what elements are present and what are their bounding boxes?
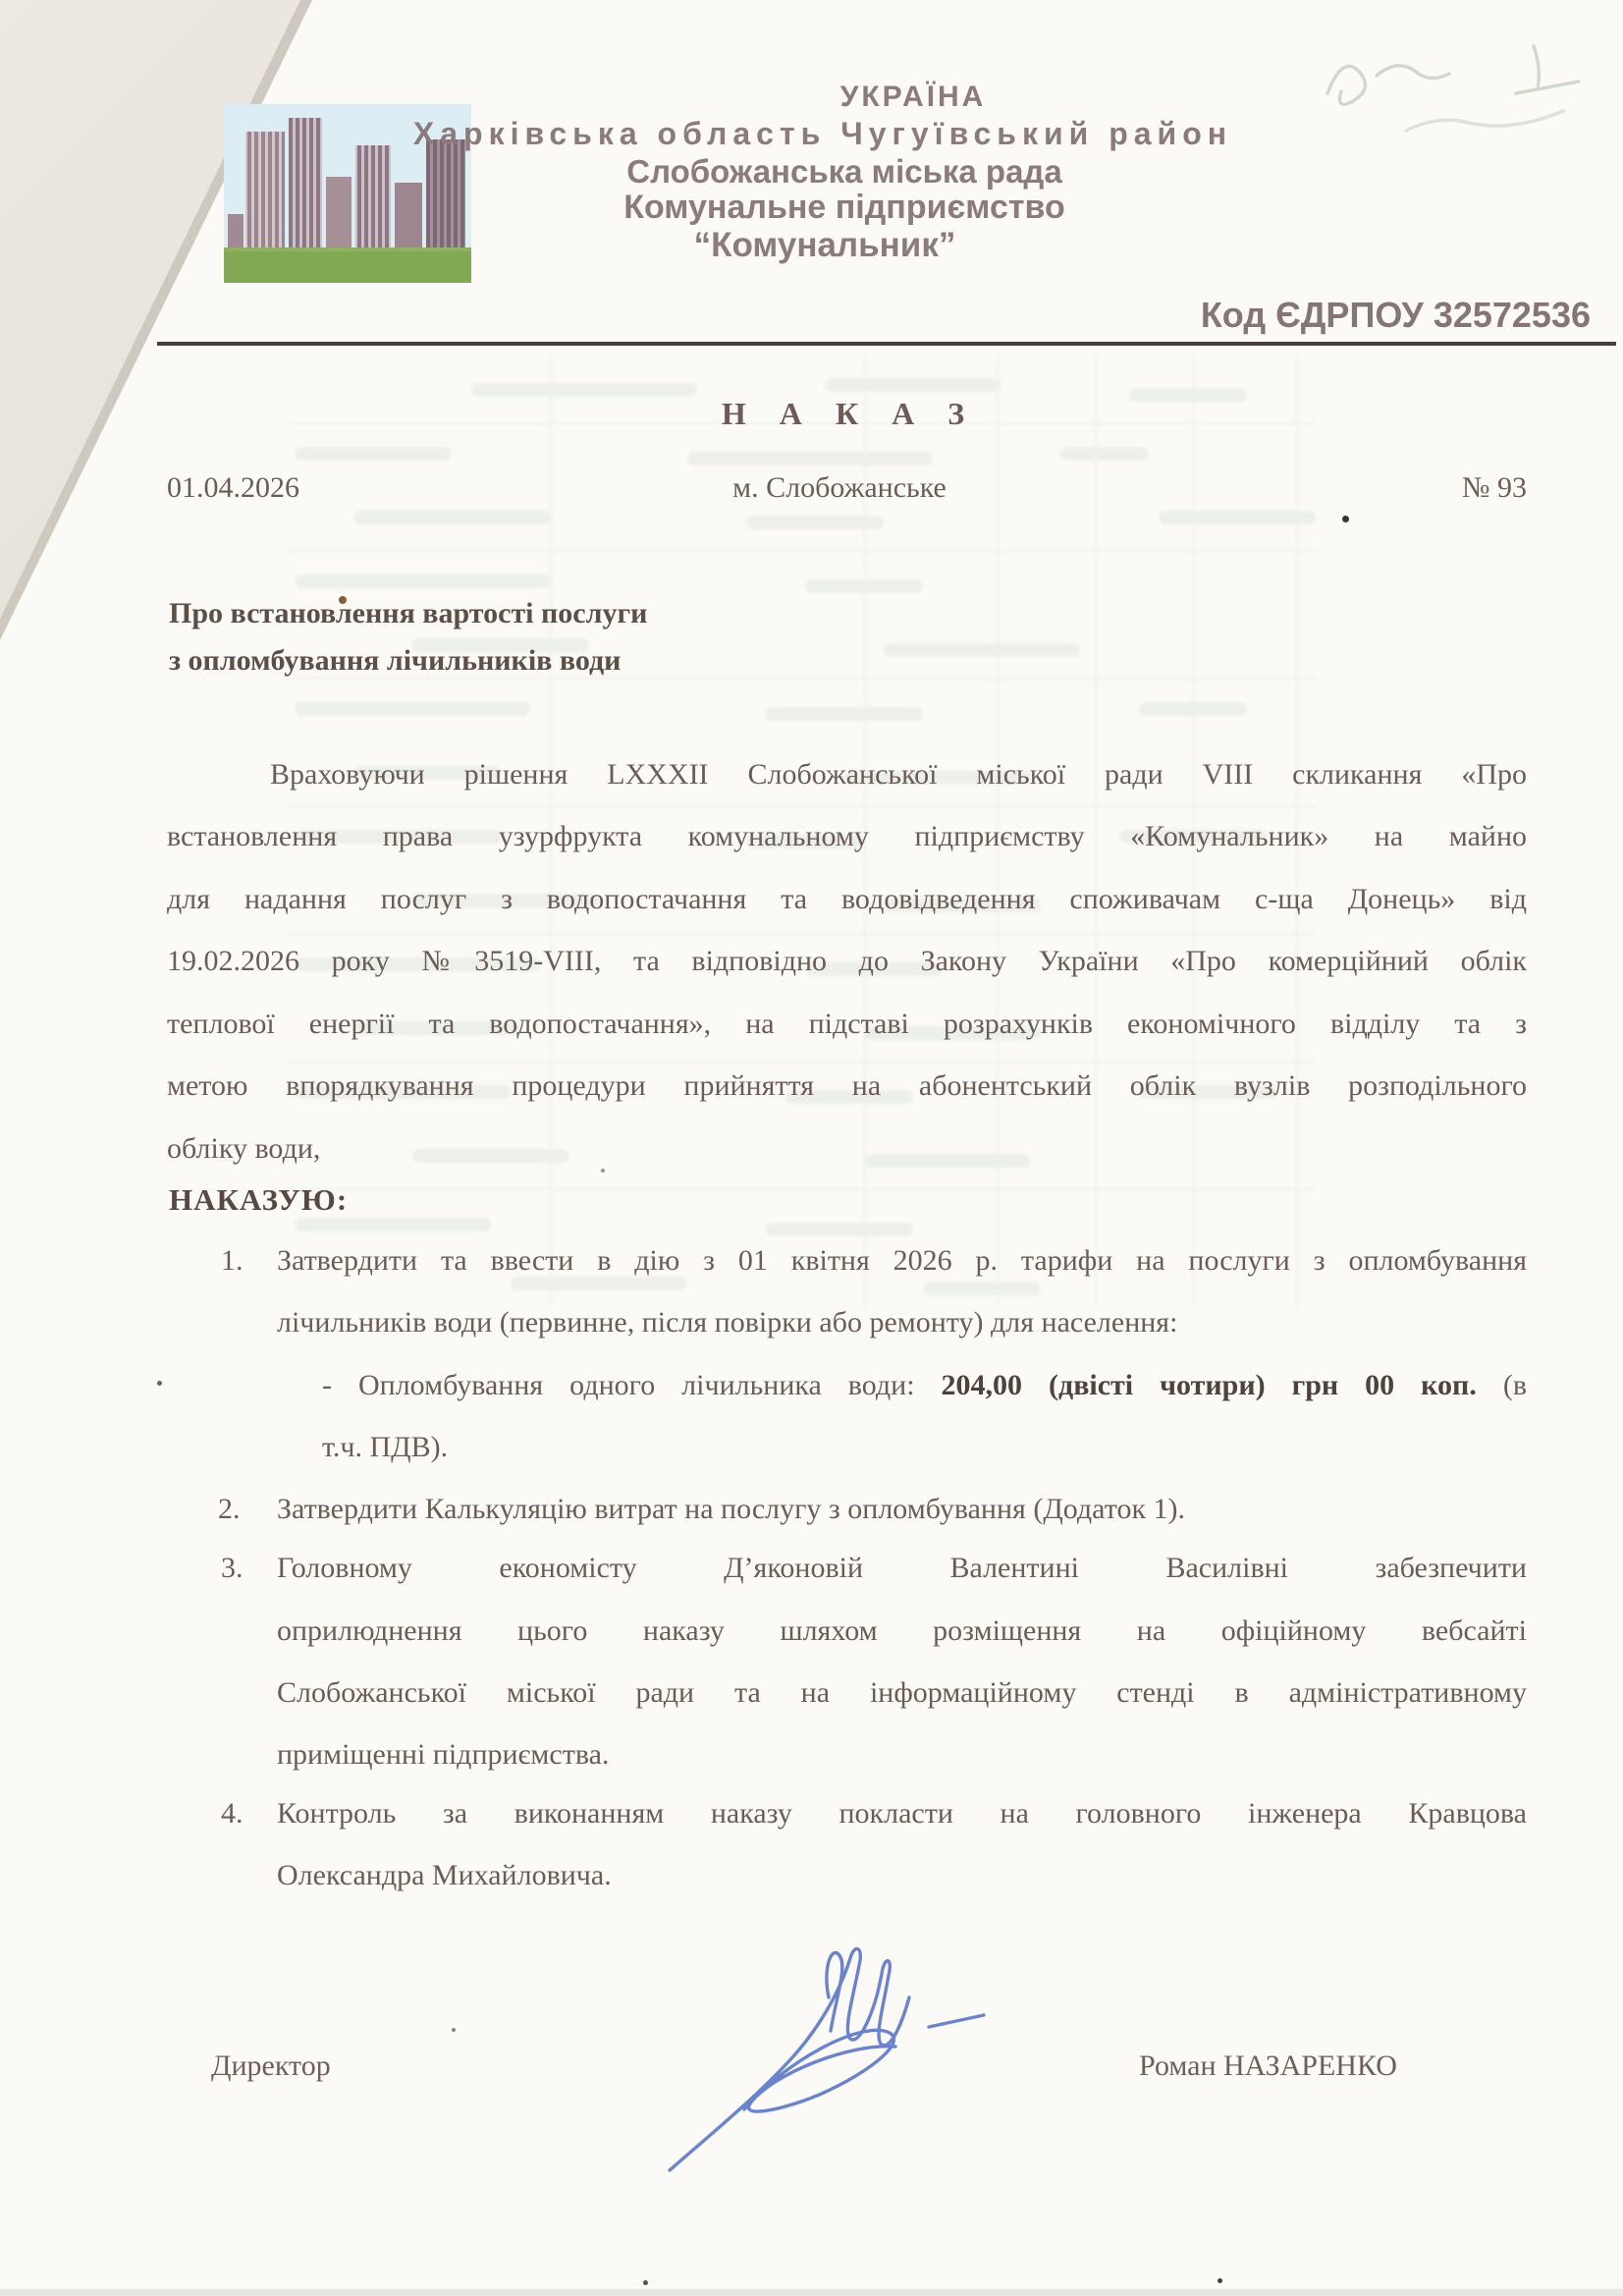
item-3-number: 3. (221, 1550, 243, 1587)
country-name: УКРАЇНА (717, 81, 1109, 114)
bleedthrough-smudge (746, 516, 884, 529)
preamble-line-7: обліку води, (167, 1130, 320, 1168)
scanner-edge-strip (0, 2289, 1623, 2296)
bleedthrough-smudge (923, 1282, 1041, 1295)
bleedthrough-smudge (1159, 511, 1316, 524)
edrpou-code: Код ЄДРПОУ 32572536 (1080, 295, 1591, 336)
signature-position-title: Директор (211, 2048, 331, 2085)
tariff-amount: 204,00 (двісті чотири) грн 00 коп. (942, 1369, 1477, 1401)
scan-speck (1342, 516, 1349, 522)
preamble-line-3: для надання послуг з водопостачання та в… (167, 881, 1527, 918)
scan-speck (1217, 2278, 1222, 2283)
signature-signer-name: Роман НАЗАРЕНКО (1139, 2048, 1397, 2085)
item-2-number: 2. (218, 1491, 241, 1528)
bleedthrough-smudge (1139, 702, 1247, 716)
tariff-text-suffix: (в (1477, 1369, 1527, 1401)
preamble-line-1: Враховуючи рішення LXXXII Слобожанської … (167, 756, 1527, 793)
bleedthrough-smudge (825, 378, 1001, 392)
enterprise-name-line: “Комунальник” (525, 226, 1124, 265)
item-4-line-1: Контроль за виконанням наказу покласти н… (277, 1795, 1527, 1832)
order-heading: НАКАЗУЮ: (169, 1181, 348, 1220)
bleedthrough-smudge (353, 511, 550, 524)
preamble-line-4: 19.02.2026 року №3519-VIII, та відповідн… (167, 943, 1527, 980)
item-1-number: 1. (221, 1242, 243, 1280)
bleedthrough-smudge (295, 1218, 491, 1231)
order-date: 01.04.2026 (167, 469, 299, 507)
bleedthrough-smudge (766, 707, 923, 721)
bleedthrough-smudge (864, 1154, 1031, 1168)
scan-speck (157, 1381, 162, 1386)
preamble-line-5: теплової енергії та водопостачання», на … (167, 1006, 1527, 1043)
bleedthrough-table-line (285, 805, 1316, 807)
enterprise-line: Комунальне підприємство (545, 189, 1144, 227)
header-divider (157, 342, 1616, 346)
item-2-line-1: Затвердити Калькуляцію витрат на послугу… (277, 1491, 1185, 1528)
handwritten-signature (628, 1937, 1001, 2187)
tariff-line-2: т.ч. ПДВ). (322, 1429, 448, 1466)
bleedthrough-smudge (412, 1149, 569, 1163)
document-type-title: Н А К А З (196, 396, 1502, 432)
item-3-line-2: оприлюднення цього наказу шляхом розміще… (277, 1613, 1527, 1650)
item-4-number: 4. (221, 1795, 243, 1832)
item-3-line-4: приміщенні підприємства. (277, 1736, 609, 1774)
preamble-line-6: метою впорядкування процедури прийняття … (167, 1067, 1527, 1105)
scan-speck (643, 2280, 648, 2285)
order-place: м. Слобожанське (677, 469, 1001, 507)
bleedthrough-smudge (1060, 447, 1149, 461)
bleedthrough-smudge (805, 579, 923, 593)
council-line: Слобожанська міська рада (550, 153, 1139, 191)
scan-speck (601, 1169, 605, 1173)
scanned-order-document: УКРАЇНА Харківська область Чугуївський р… (0, 0, 1623, 2296)
order-number: № 93 (1434, 469, 1527, 507)
bleedthrough-smudge (295, 702, 530, 716)
bleedthrough-table-line (285, 1188, 1316, 1190)
bleedthrough-smudge (295, 447, 452, 461)
scan-speck (452, 2028, 456, 2032)
bleedthrough-table-line (285, 550, 1316, 552)
subject-line-2: з опломбування лічильників води (169, 642, 621, 680)
scan-speck (339, 596, 347, 604)
bleedthrough-table-line (285, 1061, 1316, 1063)
item-3-line-3: Слобожанської міської ради та на інформа… (277, 1674, 1527, 1712)
bleedthrough-smudge (687, 452, 933, 465)
bleedthrough-smudge (295, 574, 550, 588)
tariff-line: - Опломбування одного лічильника води: 2… (322, 1367, 1527, 1404)
bleedthrough-smudge (766, 1223, 913, 1236)
bleedthrough-smudge (884, 643, 1080, 657)
item-1-line-2: лічильників води (первинне, після повірк… (277, 1304, 1177, 1341)
preamble-line-2: встановлення права узурфрукта комунально… (167, 818, 1527, 855)
subject-line-1: Про встановлення вартості послуги (169, 595, 647, 632)
bleedthrough-table-line (285, 933, 1316, 935)
item-3-line-1: Головному економісту Д’яконовій Валентин… (277, 1550, 1527, 1587)
bleedthrough-smudge (471, 383, 697, 397)
fold-corner-artifact (0, 0, 324, 648)
item-1-line-1: Затвердити та ввести в дію з 01 квітня 2… (277, 1242, 1527, 1280)
district-line: Харківська область Чугуївський район (185, 116, 1461, 152)
item-4-line-2: Олександра Михайловича. (277, 1857, 612, 1894)
tariff-text-prefix: - Опломбування одного лічильника води: (322, 1369, 942, 1401)
